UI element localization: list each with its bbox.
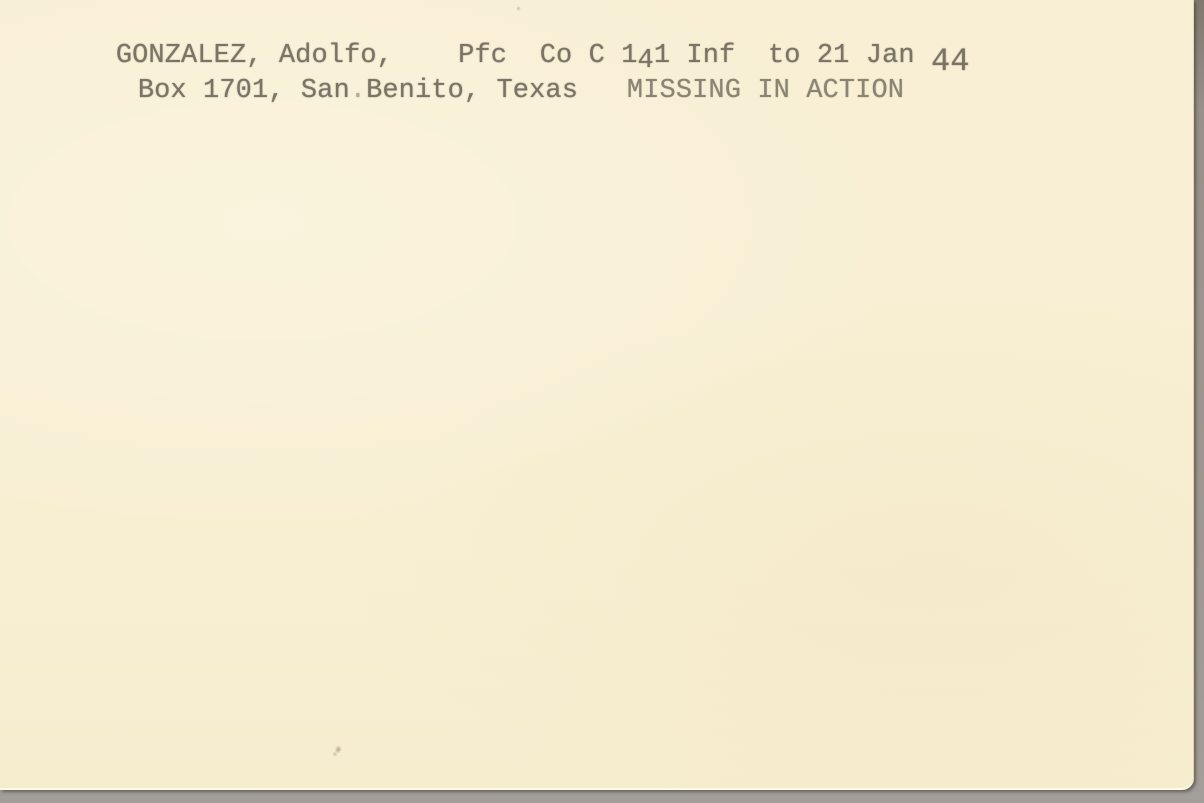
scanner-background: GONZALEZ, Adolfo, Pfc Co C 141 Inf to 21… — [0, 0, 1204, 803]
typewritten-line-address-status: Box 1701, San.Benito, Texas MISSING IN A… — [40, 46, 904, 136]
text-segment-year-digits: 44 — [931, 43, 970, 80]
text-segment-address-end: Benito, Texas — [366, 76, 627, 106]
paper-fleck — [516, 6, 521, 11]
ink-smudge-mark — [328, 742, 345, 760]
status-text-missing-in-action: MISSING IN ACTION — [627, 76, 904, 106]
stray-period-mark: . — [350, 76, 366, 106]
index-card: GONZALEZ, Adolfo, Pfc Co C 141 Inf to 21… — [0, 0, 1194, 790]
text-segment-address-start: Box 1701, San — [138, 76, 350, 106]
